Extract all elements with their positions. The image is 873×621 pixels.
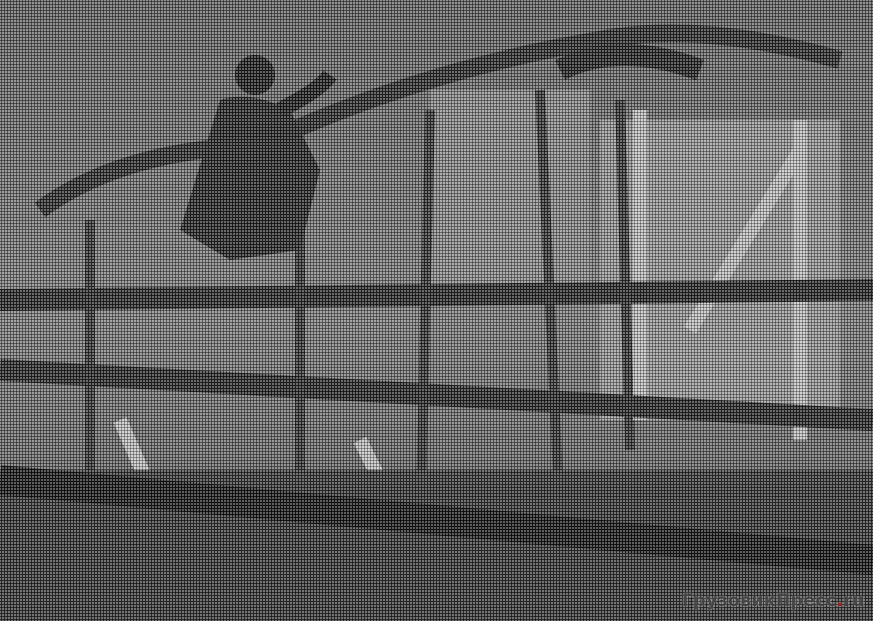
watermark-suffix: ru	[844, 591, 866, 611]
watermark: ГрузовикПресс.ru	[682, 591, 865, 611]
watermark-text: ГрузовикПресс	[682, 591, 836, 611]
watermark-dot: .	[837, 591, 844, 611]
scene-illustration	[0, 0, 873, 621]
photograph: ГрузовикПресс.ru	[0, 0, 873, 621]
